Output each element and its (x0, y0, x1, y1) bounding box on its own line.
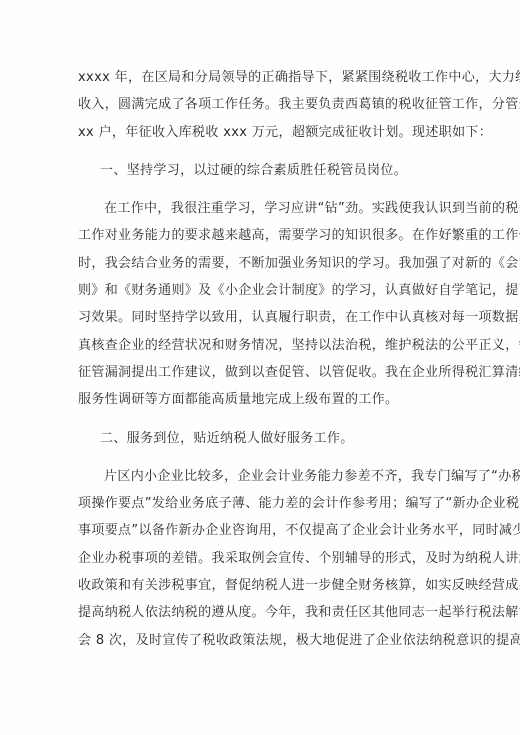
text-line: xx 户，年征收入库税收 xxx 万元，超额完成征收计划。现述职如下： (78, 119, 444, 146)
section-1-paragraph: 在工作中，我很注重学习，学习应讲“钻”劲。实践使我认识到当前的税务 工作对业务能… (78, 195, 444, 413)
text-line: 收入，圆满完成了各项工作任务。我主要负责西葛镇的税收征管工作，分管企业 (78, 91, 444, 118)
spacer (78, 184, 444, 195)
text-line: 则》和《财务通则》及《小企业会计制度》的学习，认真做好自学笔记，提高学 (78, 277, 444, 304)
text-line: 提高纳税人依法纳税的遵从度。今年，我和责任区其他同志一起举行税法解读 (78, 599, 444, 626)
text-line: 事项要点”以备作新办企业咨询用，不仅提高了企业会计业务水平，同时减少了 (78, 517, 444, 544)
spacer (78, 414, 444, 425)
intro-paragraph: xxxx 年，在区局和分局领导的正确指导下，紧紧围绕税收工作中心，大力组织 收入… (78, 64, 444, 146)
text-line: xxxx 年，在区局和分局领导的正确指导下，紧紧围绕税收工作中心，大力组织 (78, 64, 444, 91)
document-body: xxxx 年，在区局和分局领导的正确指导下，紧紧围绕税收工作中心，大力组织 收入… (78, 64, 444, 654)
spacer (78, 146, 444, 157)
text-line: 工作对业务能力的要求越来越高，需要学习的知识很多。在作好繁重的工作任务 (78, 222, 444, 249)
text-line: 会 8 次，及时宣传了税收政策法规，极大地促进了企业依法纳税意识的提高。我 (78, 627, 444, 654)
text-line: 服务性调研等方面都能高质量地完成上级布置的工作。 (78, 386, 444, 413)
text-line: 项操作要点”发给业务底子薄、能力差的会计作参考用；编写了“新办企业税务 (78, 490, 444, 517)
text-line: 习效果。同时坚持学以致用，认真履行职责，在工作中认真核对每一项数据，认 (78, 304, 444, 331)
document-page: xxxx 年，在区局和分局领导的正确指导下，紧紧围绕税收工作中心，大力组织 收入… (0, 0, 520, 735)
text-line: 片区内小企业比较多，企业会计业务能力参差不齐，我专门编写了“办税事 (78, 463, 444, 490)
spacer (78, 452, 444, 463)
text-line: 征管漏洞提出工作建议，做到以查促管、以管促收。我在企业所得税汇算清缴、 (78, 359, 444, 386)
text-line: 时，我会结合业务的需要，不断加强业务知识的学习。我加强了对新的《会计准 (78, 250, 444, 277)
section-heading-2: 二、服务到位，贴近纳税人做好服务工作。 (78, 425, 444, 452)
section-heading-1: 一、坚持学习，以过硬的综合素质胜任税管员岗位。 (78, 157, 444, 184)
text-line: 企业办税事项的差错。我采取例会宣传、个别辅导的形式，及时为纳税人讲解税 (78, 545, 444, 572)
text-line: 收政策和有关涉税事宜，督促纳税人进一步健全财务核算，如实反映经营成果， (78, 572, 444, 599)
text-line: 在工作中，我很注重学习，学习应讲“钻”劲。实践使我认识到当前的税务 (78, 195, 444, 222)
section-2-paragraph: 片区内小企业比较多，企业会计业务能力参差不齐，我专门编写了“办税事 项操作要点”… (78, 463, 444, 654)
text-line: 真核查企业的经营状况和财务情况，坚持以法治税，维护税法的公平正义，针对 (78, 332, 444, 359)
